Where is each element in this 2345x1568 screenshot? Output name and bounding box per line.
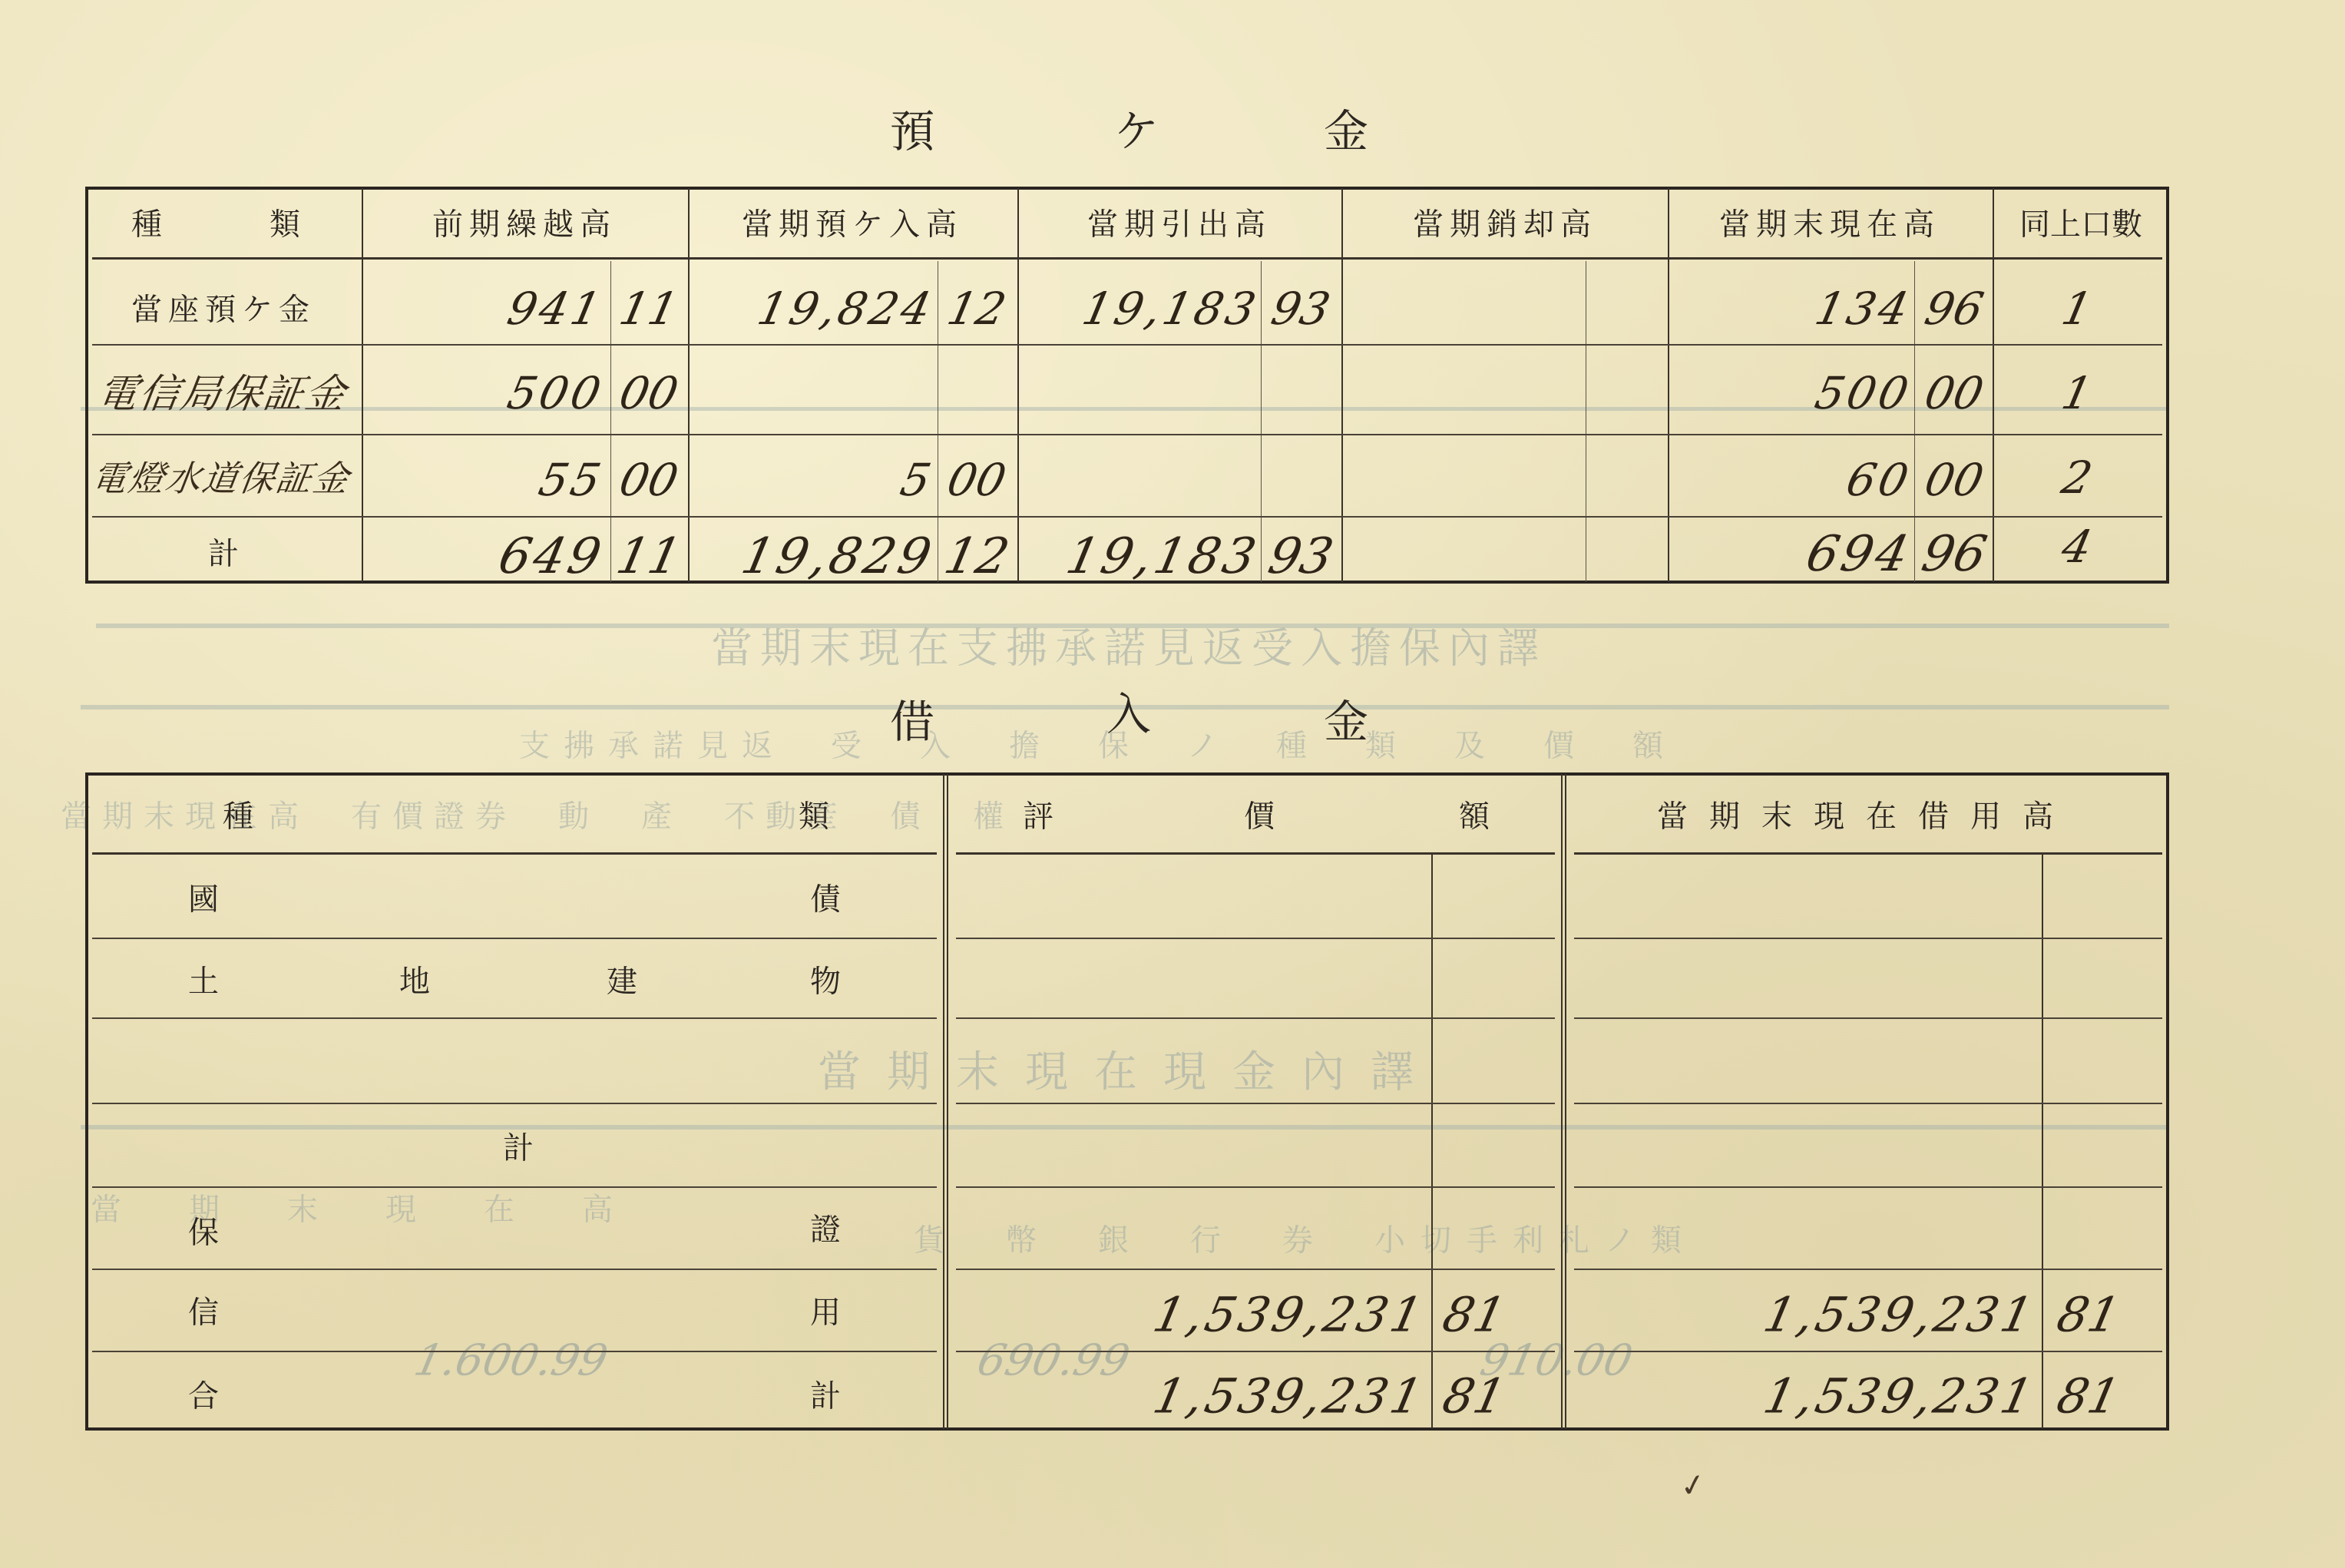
row-divider xyxy=(1574,938,2162,939)
total-prev-balance-yen: 649 xyxy=(494,528,609,585)
deposits-title-char: 預 xyxy=(890,95,934,160)
total-prev-balance-sen: 11 xyxy=(611,528,686,585)
header-valuation-3: 額 xyxy=(1459,792,1490,836)
end-balance-yen: 60 xyxy=(1842,454,1916,506)
valuation-sen: 81 xyxy=(1438,1287,1510,1343)
end-balance-yen: 134 xyxy=(1811,283,1916,335)
total-valuation-yen: 1,539,231 xyxy=(1149,1368,1430,1424)
header-deposited: 當期預ケ入高 xyxy=(742,200,963,244)
header-prev-balance: 前期繰越高 xyxy=(432,200,617,244)
row-label-char: 建 xyxy=(607,958,637,1001)
row-type-label: 電燈水道保証金 xyxy=(88,451,353,501)
total-withdrawn-yen: 19,183 xyxy=(1061,528,1264,585)
col-divider xyxy=(1561,774,1566,1429)
col-divider xyxy=(362,188,363,582)
check-mark: ✓ xyxy=(1678,1466,1709,1505)
row-divider xyxy=(1574,1186,2162,1188)
row-divider xyxy=(92,344,2162,346)
row-divider xyxy=(1574,852,2162,855)
prev-balance-sen: 11 xyxy=(615,283,683,335)
end-balance-yen: 500 xyxy=(1811,367,1916,419)
bleed-rule xyxy=(96,624,2169,628)
row-divider xyxy=(92,1017,937,1019)
row-label-char: 信 xyxy=(188,1288,219,1332)
end-balance-sen: 00 xyxy=(1920,367,1988,419)
row-label-char: 合 xyxy=(188,1372,219,1416)
row-divider xyxy=(92,852,937,855)
header-valuation-1: 評 xyxy=(1023,792,1053,836)
col-divider xyxy=(1668,188,1669,582)
col-divider xyxy=(1017,188,1019,582)
total-valuation-sen: 81 xyxy=(1438,1368,1510,1424)
row-divider xyxy=(92,1351,937,1352)
row-divider xyxy=(92,516,2162,518)
borrowings-title-char: 入 xyxy=(1106,678,1151,743)
total-end-balance-sen: 96 xyxy=(1917,526,1991,583)
row-label-char: 國 xyxy=(188,875,219,919)
row-label-char: 用 xyxy=(810,1288,841,1332)
withdrawn-yen: 19,183 xyxy=(1078,283,1263,335)
withdrawn-sen: 93 xyxy=(1267,283,1335,335)
total-borrowed-sen: 81 xyxy=(2052,1368,2125,1424)
header-written-off: 當期銷却高 xyxy=(1413,200,1597,244)
total-end-balance-yen: 694 xyxy=(1801,526,1917,583)
header-type: 種 類 xyxy=(131,200,316,244)
total-borrowed-yen: 1,539,231 xyxy=(1759,1368,2041,1424)
total-deposited-yen: 19,829 xyxy=(736,528,939,585)
row-divider xyxy=(92,257,2162,260)
prev-balance-yen: 500 xyxy=(503,367,608,419)
row-divider xyxy=(956,938,1555,939)
row-divider xyxy=(956,852,1555,855)
row-label-char: 物 xyxy=(810,958,841,1001)
header-withdrawn: 當期引出高 xyxy=(1087,200,1272,244)
row-divider xyxy=(956,1017,1555,1019)
col-divider xyxy=(943,774,948,1429)
row-divider xyxy=(92,1186,937,1188)
header-accounts: 同上口數 xyxy=(2019,200,2142,244)
row-label-char: 保 xyxy=(188,1209,219,1252)
prev-balance-yen: 55 xyxy=(534,454,608,506)
total-withdrawn-sen: 93 xyxy=(1263,528,1338,585)
row-divider xyxy=(92,938,937,939)
row-label-char: 土 xyxy=(188,958,219,1001)
row-divider xyxy=(1574,1269,2162,1270)
row-label-char: 計 xyxy=(810,1372,841,1416)
row-label-char: 計 xyxy=(503,1124,534,1168)
deposited-yen: 19,824 xyxy=(753,283,938,335)
row-divider xyxy=(1574,1351,2162,1352)
row-divider xyxy=(92,1103,937,1104)
prev-balance-sen: 00 xyxy=(615,454,683,506)
borrowings-title-char: 借 xyxy=(890,686,934,750)
prev-balance-yen: 941 xyxy=(503,283,608,335)
header-valuation-2: 價 xyxy=(1244,792,1275,836)
row-divider xyxy=(956,1269,1555,1270)
total-deposited-sen: 12 xyxy=(939,528,1014,585)
sen-divider xyxy=(610,261,611,582)
end-balance-sen: 00 xyxy=(1920,454,1988,506)
total-label: 計 xyxy=(208,530,239,574)
valuation-yen: 1,539,231 xyxy=(1149,1287,1430,1343)
row-divider xyxy=(1574,1103,2162,1104)
borrowed-yen: 1,539,231 xyxy=(1759,1287,2041,1343)
borrowed-sen: 81 xyxy=(2052,1287,2125,1343)
row-type-label: 電信局保証金 xyxy=(94,362,352,419)
row-label-char: 債 xyxy=(810,875,841,919)
row-divider xyxy=(956,1351,1555,1352)
row-divider xyxy=(92,1269,937,1270)
row-label-char: 地 xyxy=(399,958,430,1001)
deposits-title-char: 金 xyxy=(1324,95,1368,160)
col-divider xyxy=(688,188,690,582)
deposited-sen: 12 xyxy=(943,283,1010,335)
sen-divider xyxy=(1586,261,1586,582)
header-current-borrowed: 當期末現在借用高 xyxy=(1657,792,2075,836)
row-divider xyxy=(92,434,2162,435)
row-divider xyxy=(956,1186,1555,1188)
header-end-balance: 當期末現在高 xyxy=(1719,200,1940,244)
end-balance-sen: 96 xyxy=(1920,283,1988,335)
row-divider xyxy=(1574,1017,2162,1019)
deposited-sen: 00 xyxy=(943,454,1010,506)
row-label-char: 證 xyxy=(810,1206,841,1249)
deposits-title-char: ケ xyxy=(1114,95,1159,160)
prev-balance-sen: 00 xyxy=(615,367,683,419)
header-type-left: 種 xyxy=(223,792,253,836)
row-divider xyxy=(956,1103,1555,1104)
bleed-row-acceptance: 支拂承諾見返 受 入 擔 保 ノ 種 類 及 價 額 xyxy=(519,722,1677,766)
row-type-label: 當座預ケ金 xyxy=(131,286,316,329)
col-divider xyxy=(1993,188,1994,582)
header-type-right: 類 xyxy=(799,792,829,836)
col-divider xyxy=(1341,188,1343,582)
borrowings-title-char: 金 xyxy=(1324,686,1368,750)
